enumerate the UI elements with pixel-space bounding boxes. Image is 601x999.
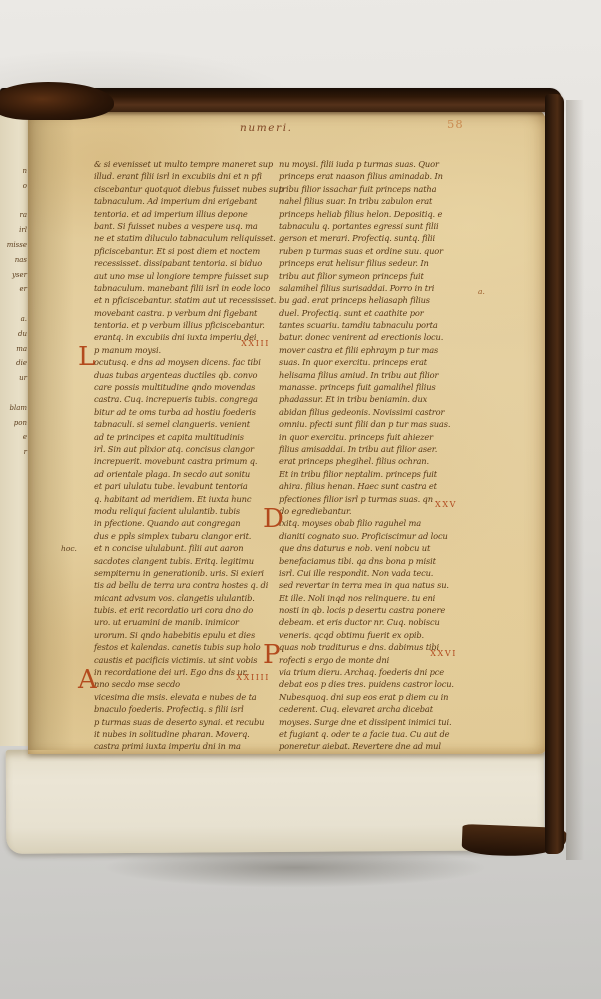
folio-number: 58 <box>447 117 464 131</box>
text-line: suas. In quor exercitu. princeps erat <box>279 350 459 362</box>
text-line: tabnaculum. Ad imperium dni erigebant <box>94 189 272 201</box>
chapter-number: XXIIII <box>236 673 270 682</box>
text-line: ocutusq. e dns ad moysen dicens. fac tib… <box>94 350 272 362</box>
edge-text-fragment: die <box>0 350 27 365</box>
leather-cover-right-edge <box>545 94 564 854</box>
edge-text-fragment <box>0 291 27 306</box>
text-line: it nubes in solitudine pharan. Moverq. <box>94 722 272 734</box>
text-line: tabnaculum. manebant filii isrl in eode … <box>94 276 272 288</box>
text-line: ad te principes et capita multitudinis <box>94 425 272 437</box>
text-column-right: nu moysi. filii iuda p turmas suas. Quor… <box>279 152 459 747</box>
text-line: recessisset. dissipabant tentoria. si bi… <box>94 251 272 263</box>
text-line: pfectiones filior isrl p turmas suas. qn <box>279 487 459 499</box>
text-line: via trium dieru. Archaq. foederis dni pc… <box>279 660 459 672</box>
text-line: castra. Cuq. increpueris tubis. congrega <box>94 387 272 399</box>
text-line: et n concise ululabunt. filii aut aaron <box>94 536 272 548</box>
text-line: sacdotes clangent tubis. Eritq. legitimu <box>94 549 272 561</box>
text-line: dianiti cognato suo. Proficiscimur ad lo… <box>279 524 459 536</box>
text-line: bitur ad te oms turba ad hostiu foederis <box>94 400 272 412</box>
text-line: et pari ululatu tube. levabunt tentoria <box>94 474 272 486</box>
text-line: p turmas suas de deserto synai. et recub… <box>94 710 272 722</box>
line-text: castra primi iuxta imperiu dni in ma <box>94 741 241 751</box>
text-line: omniu. pfecti sunt filii dan p tur mas s… <box>279 412 459 424</box>
text-line: helisama filius amiud. In tribu aut fili… <box>279 363 459 375</box>
edge-text-fragment: a. <box>0 306 27 321</box>
text-line: increpuerit. movebunt castra primum q. <box>94 449 272 461</box>
text-line: ad orientale plaga. In secdo aut sonitu <box>94 462 272 474</box>
text-line: castra primi iuxta imperiu dni in ma <box>94 734 272 746</box>
text-line: in pfectione. Quando aut congregan <box>94 511 272 523</box>
text-line: tentoria. et p verbum illius pficisceban… <box>94 313 272 325</box>
line-text: poneretur aiebat. Revertere dne ad mul <box>279 741 441 751</box>
text-line: erat princeps phegihel. filius ochran. <box>279 449 459 461</box>
text-line: princeps erat helisur filius sedeur. In <box>279 251 459 263</box>
text-line: erantq. in excubiis dni iuxta imperiu de… <box>94 325 272 337</box>
text-line: aut uno mse ul longiore tempre fuisset s… <box>94 264 272 276</box>
text-line: Et in tribu filior neptalim. princeps fu… <box>279 462 459 474</box>
edge-text-fragment: ra <box>0 202 27 217</box>
text-line: bant. Si fuisset nubes a vespere usq. ma <box>94 214 272 226</box>
text-line: sed revertar in terra mea in qua natus s… <box>279 573 459 585</box>
text-line: debeam. et eris ductor nr. Cuq. nobiscu <box>279 610 459 622</box>
text-line: bu gad. erat princeps heliasaph filius <box>279 288 459 300</box>
edge-text-fragment: n <box>0 158 27 173</box>
text-line: tabnaculu q. portantes egressi sunt fili… <box>279 214 459 226</box>
text-column-left: & si evenisset ut multo tempre maneret s… <box>94 152 272 747</box>
text-line: nahel filius suar. In tribu zabulon erat <box>279 189 459 201</box>
text-line: rofecti s ergo de monte dniXXVI <box>279 648 459 660</box>
text-line: & si evenisset ut multo tempre maneret s… <box>94 152 272 164</box>
text-line: movebant castra. p verbum dni figebant <box>94 301 272 313</box>
text-line: do egrediebantur.XXV <box>279 499 459 511</box>
edge-text-fragment: blam <box>0 395 27 410</box>
text-line: gerson et merari. Profectiq. suntq. fili… <box>279 226 459 238</box>
edge-text-fragment: misse <box>0 232 27 247</box>
text-line: salamihel filius surisaddai. Porro in tr… <box>279 276 459 288</box>
edge-text-fragment: pon <box>0 410 27 425</box>
text-line: festos et kalendas. canetis tubis sup ho… <box>94 635 272 647</box>
edge-text-fragment: ma <box>0 336 27 351</box>
edge-text-fragment: o <box>0 173 27 188</box>
text-line: in quor exercitu. princeps fuit ahiezer <box>279 425 459 437</box>
edge-text-fragment: yser <box>0 262 27 277</box>
edge-text-fragment <box>0 188 27 203</box>
text-line: manasse. princeps fuit gamalihel filius <box>279 375 459 387</box>
text-line: tribu filior issachar fuit princeps nath… <box>279 177 459 189</box>
manuscript-codex: norairlmissenasyserera.dumadieurblampone… <box>0 86 598 870</box>
text-line: moyses. Surge dne et dissipent inimici t… <box>279 710 459 722</box>
text-line: care possis multitudine qndo movendas <box>94 375 272 387</box>
text-line: princeps heliab filius helon. Depositiq.… <box>279 202 459 214</box>
text-line: tantes scuariu. tamdiu tabnaculu porta <box>279 313 459 325</box>
facing-page-text-fragments: norairlmissenasyserera.dumadieurblampone… <box>0 158 27 454</box>
text-line: et fugiant q. oder te a facie tua. Cu au… <box>279 722 459 734</box>
text-line: abidan filius gedeonis. Novissimi castro… <box>279 400 459 412</box>
text-line: sempiternu in generationib. uris. Si exi… <box>94 561 272 573</box>
text-line: ahira. filius henan. Haec sunt castra et <box>279 474 459 486</box>
text-line: isrl. Cui ille respondit. Non vada tecu. <box>279 561 459 573</box>
text-line: dus e ppls simplex tubaru clangor erit. <box>94 524 272 536</box>
text-line: illud. erant filii isrl in excubiis dni … <box>94 164 272 176</box>
text-line: benefaciamus tibi. qa dns bona p misit <box>279 549 459 561</box>
text-line: nu moysi. filii iuda p turmas suas. Quor <box>279 152 459 164</box>
running-head: numeri. <box>240 122 293 134</box>
edge-text-fragment: irl <box>0 217 27 232</box>
edge-text-fragment: e <box>0 424 27 439</box>
edge-text-fragment <box>0 380 27 395</box>
text-line: mover castra et filii ephraym p tur mas <box>279 338 459 350</box>
text-line: tentoria. et ad imperium illius depone <box>94 202 272 214</box>
text-line: tubis. et erit recordatio uri cora dno d… <box>94 598 272 610</box>
text-line: ixitq. moyses obab filio raguhel ma <box>279 511 459 523</box>
edge-text-fragment: er <box>0 276 27 291</box>
edge-text-fragment: r <box>0 439 27 454</box>
text-line: tribu aut filior symeon princeps fuit <box>279 264 459 276</box>
edge-text-fragment: nas <box>0 247 27 262</box>
text-line: irl. Sin aut plixior atq. concisus clang… <box>94 437 272 449</box>
chapter-number: XXV <box>435 500 457 509</box>
text-line: cederent. Cuq. elevaret archa dicebat <box>279 697 459 709</box>
text-line: in recordatione dei uri. Ego dns ds ur. <box>94 660 272 672</box>
chapter-number: XXVI <box>430 649 457 658</box>
text-line: et n pficiscebantur. statim aut ut reces… <box>94 288 272 300</box>
illuminated-initial: A <box>78 668 96 692</box>
text-line: phadassur. Et in tribu beniamin. dux <box>279 387 459 399</box>
text-line: modu reliqui facient ululantib. tubis <box>94 499 272 511</box>
edge-text-fragment: du <box>0 321 27 336</box>
text-line: Nubesquoq. dni sup eos erat p diem cu in <box>279 685 459 697</box>
illuminated-initial: P <box>263 643 281 667</box>
manuscript-page-folio-58: numeri. 58 & si evenisset ut multo tempr… <box>28 108 547 754</box>
text-line: veneris. qcqd obtimu fuerit ex opib. <box>279 623 459 635</box>
text-line: ciscebantur quotquot diebus fuisset nube… <box>94 177 272 189</box>
marginal-note-left: hoc. <box>61 544 77 553</box>
text-line: tabnaculi. si semel clangueris. venient <box>94 412 272 424</box>
illuminated-initial: D <box>263 507 281 531</box>
text-line: filius amisaddai. In tribu aut filior as… <box>279 437 459 449</box>
text-line: princeps erat naason filius aminadab. In <box>279 164 459 176</box>
text-line: Et ille. Noli inqd nos relinquere. tu en… <box>279 586 459 598</box>
marginal-note-right: a. <box>478 287 485 296</box>
text-line: urorum. Si qndo habebitis epulu et dies <box>94 623 272 635</box>
text-line: poneretur aiebat. Revertere dne ad mul <box>279 734 459 746</box>
line-text: r <box>24 448 27 456</box>
text-line: caustis et pacificis victimis. ut sint v… <box>94 648 272 660</box>
text-line: que dns daturus e nob. veni nobcu ut <box>279 536 459 548</box>
text-line: q. habitant ad meridiem. Et iuxta hunc <box>94 487 272 499</box>
text-line: duas tubas argenteas ductiles qb. convo <box>94 363 272 375</box>
text-line: duel. Profectiq. sunt et caathite por <box>279 301 459 313</box>
text-line: uro. ut eruamini de manib. inimicor <box>94 610 272 622</box>
illuminated-initial: L <box>78 345 96 369</box>
photo-backdrop: norairlmissenasyserera.dumadieurblampone… <box>0 0 601 999</box>
text-line: ruben p turmas suas et ordine suu. quor <box>279 239 459 251</box>
text-line: tis ad bellu de terra ura contra hostes … <box>94 573 272 585</box>
text-line: nosti in qb. locis p desertu castra pone… <box>279 598 459 610</box>
text-line: bnaculo foederis. Profectiq. s filii isr… <box>94 697 272 709</box>
text-line: batur. donec venirent ad erectionis locu… <box>279 325 459 337</box>
text-line: quas nob traditurus e dns. dabimus tibi <box>279 635 459 647</box>
text-line: vicesima die msis. elevata e nubes de ta <box>94 685 272 697</box>
text-line: debat eos p dies tres. puidens castror l… <box>279 672 459 684</box>
text-line: pficiscebantur. Et si post diem et nocte… <box>94 239 272 251</box>
text-line: nno secdo mse secdoXXIIII <box>94 672 272 684</box>
text-line: ne et statim diluculo tabnaculum reliqui… <box>94 226 272 238</box>
text-line: p manum moysi.XXIII <box>94 338 272 350</box>
edge-text-fragment: ur <box>0 365 27 380</box>
text-line: micant advsum vos. clangetis ululantib. <box>94 586 272 598</box>
chapter-number: XXIII <box>241 339 270 348</box>
